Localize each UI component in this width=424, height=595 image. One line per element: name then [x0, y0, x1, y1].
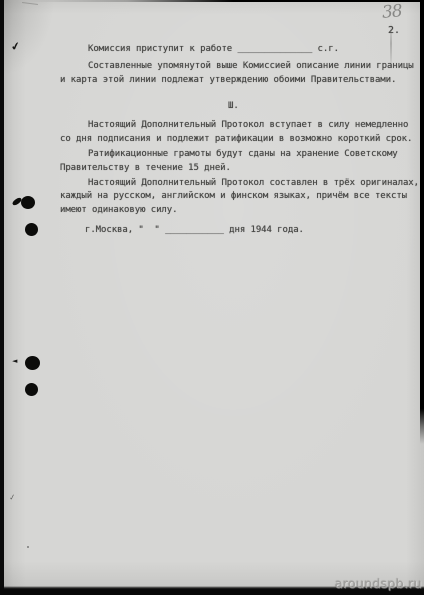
archive-folio-number: 38	[381, 1, 402, 23]
line-commission-start: Комиссия приступит к работе ____________…	[88, 44, 339, 54]
page-number: 2.	[388, 26, 400, 36]
scan-edge-left	[0, 0, 4, 595]
check-mark-icon: ✔	[10, 39, 22, 54]
line-protocol-force-1: Настоящий Дополнительный Протокол вступа…	[88, 120, 408, 130]
line-three-originals-3: имеют одинаковую силу.	[60, 205, 177, 215]
punch-dot-icon	[25, 223, 38, 236]
punch-dot-icon	[25, 383, 38, 396]
dateline-moscow-1944: г.Москва, " " ___________ дня 1944 года.	[85, 225, 304, 235]
watermark: aroundspb.ru	[335, 576, 422, 591]
ink-blot-icon	[21, 196, 35, 209]
check-mark-icon: ✓	[8, 492, 16, 502]
line-description-map-2: и карта этой линии подлежат утверждению …	[60, 75, 396, 85]
pencil-smudge	[22, 2, 38, 5]
line-three-originals-1: Настоящий Дополнительный Протокол состав…	[88, 178, 419, 188]
scanned-page: 38 2. Комиссия приступит к работе ______…	[0, 0, 424, 595]
scan-edge-top	[0, 0, 424, 2]
line-three-originals-2: каждый на русском, английском и финском …	[60, 191, 407, 201]
scan-edge-right	[420, 0, 424, 444]
arrow-left-icon: ◄	[12, 357, 17, 365]
section-heading-iii: Ш.	[228, 101, 239, 111]
line-protocol-force-2: со дня подписания и подлежит ратификации…	[60, 134, 412, 144]
punch-dot-icon	[25, 356, 40, 370]
line-ratification-1: Ратификационные грамоты будут сданы на х…	[88, 149, 398, 159]
line-ratification-2: Правительству в течение 15 дней.	[60, 163, 231, 173]
line-description-map-1: Составленные упомянутой выше Комиссией о…	[88, 61, 414, 71]
speck-icon	[27, 546, 29, 548]
